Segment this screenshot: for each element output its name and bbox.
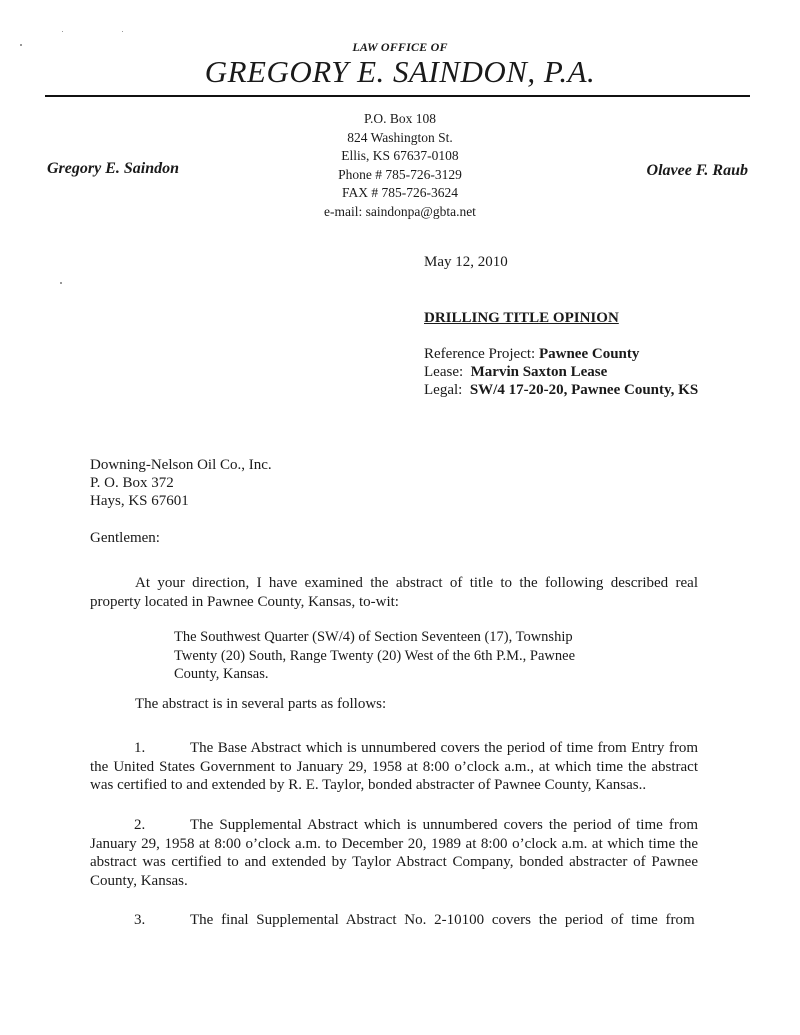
address-email: e-mail: saindonpa@gbta.net	[0, 203, 800, 222]
address-street: 824 Washington St.	[0, 129, 800, 148]
attorney-name-right: Olavee F. Raub	[647, 162, 748, 180]
intro-paragraph: At your direction, I have examined the a…	[90, 574, 698, 611]
abstract-item: 1.The Base Abstract which is unnumbered …	[90, 739, 698, 795]
scan-speck	[60, 282, 62, 284]
recipient-company: Downing-Nelson Oil Co., Inc.	[90, 456, 272, 474]
scan-speck	[62, 31, 63, 32]
recipient-po-box: P. O. Box 372	[90, 474, 272, 492]
salutation: Gentlemen:	[90, 530, 160, 547]
reference-legal: Legal: SW/4 17-20-20, Pawnee County, KS	[424, 381, 698, 399]
abstract-intro-paragraph: The abstract is in several parts as foll…	[90, 695, 698, 714]
reference-legal-value: SW/4 17-20-20, Pawnee County, KS	[470, 382, 698, 398]
letterhead-divider	[45, 95, 750, 97]
law-office-label: LAW OFFICE OF	[0, 40, 800, 55]
reference-legal-label: Legal:	[424, 382, 462, 398]
reference-lease-value: Marvin Saxton Lease	[471, 364, 608, 380]
document-title: DRILLING TITLE OPINION	[424, 310, 619, 327]
item-number: 3.	[90, 911, 190, 930]
abstract-item: 2.The Supplemental Abstract which is unn…	[90, 816, 698, 890]
firm-name: GREGORY E. SAINDON, P.A.	[0, 54, 800, 90]
reference-lease-label: Lease:	[424, 364, 463, 380]
reference-block: Reference Project: Pawnee County Lease: …	[424, 345, 698, 399]
letter-date: May 12, 2010	[424, 254, 508, 271]
address-po-box: P.O. Box 108	[0, 110, 800, 129]
abstract-intro-text: The abstract is in several parts as foll…	[135, 696, 386, 712]
address-fax: FAX # 785-726-3624	[0, 184, 800, 203]
reference-project-label: Reference Project:	[424, 346, 535, 362]
recipient-address: Downing-Nelson Oil Co., Inc. P. O. Box 3…	[90, 456, 272, 510]
recipient-city: Hays, KS 67601	[90, 492, 272, 510]
attorney-name-left: Gregory E. Saindon	[47, 160, 179, 178]
abstract-item: 3.The final Supplemental Abstract No. 2-…	[90, 911, 698, 930]
item-number: 1.	[90, 739, 190, 758]
reference-project-value: Pawnee County	[539, 346, 639, 362]
scan-speck	[122, 31, 123, 32]
item-number: 2.	[90, 816, 190, 835]
item-text: The final Supplemental Abstract No. 2-10…	[190, 912, 695, 928]
reference-lease: Lease: Marvin Saxton Lease	[424, 363, 698, 381]
intro-text: At your direction, I have examined the a…	[90, 575, 698, 610]
legal-description: The Southwest Quarter (SW/4) of Section …	[174, 628, 614, 684]
reference-project: Reference Project: Pawnee County	[424, 345, 698, 363]
